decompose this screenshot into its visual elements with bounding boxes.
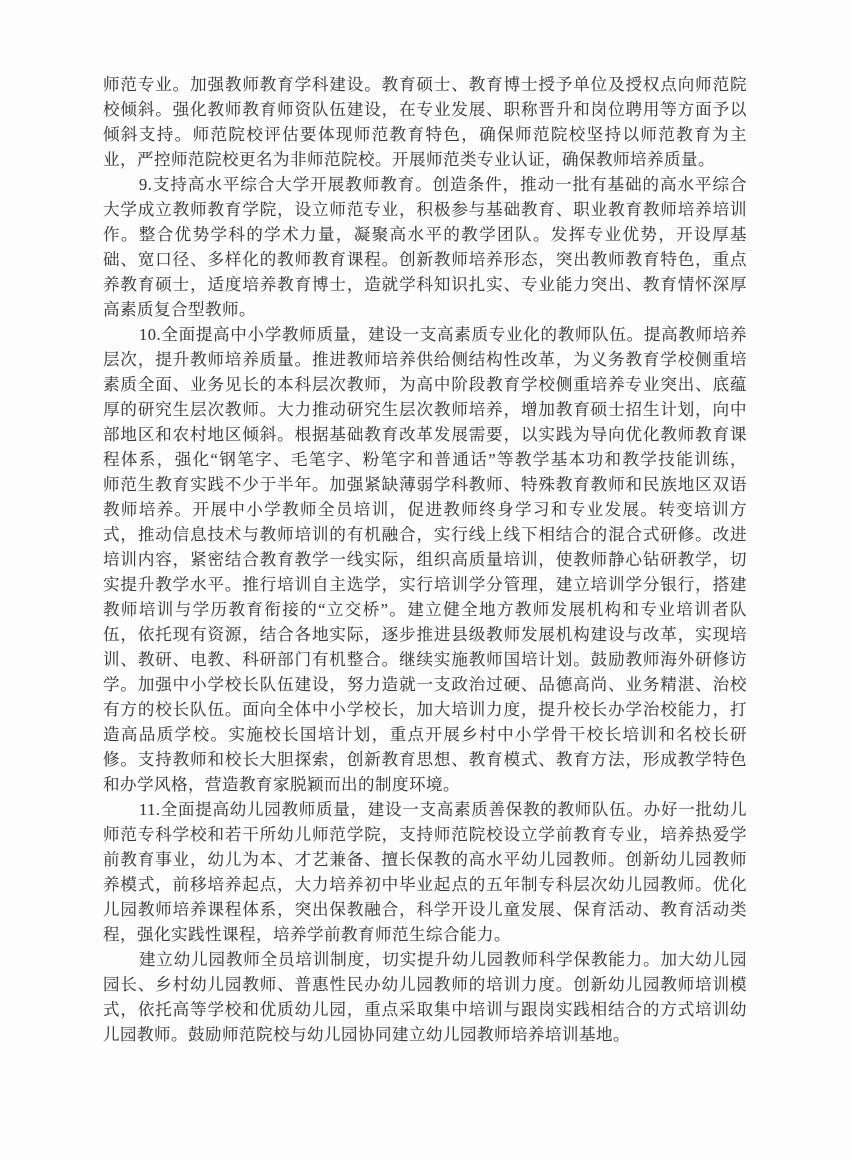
text-line: 实提升教学水平。推行培训自主选学，实行培训学分管理，建立培训学分银行，搭建 (103, 572, 747, 597)
text-line: 有方的校长队伍。面向全体中小学校长，加大培训力度，提升校长办学治校能力，打 (103, 697, 747, 722)
text-line: 园长、乡村幼儿园教师、普惠性民办幼儿园教师的培训力度。创新幼儿园教师培训模 (103, 972, 747, 997)
text-line: 师范专科学校和若干所幼儿师范学院，支持师范院校设立学前教育专业，培养热爱学 (103, 822, 747, 847)
text-line: 作。整合优势学科的学术力量，凝聚高水平的教学团队。发挥专业优势，开设厚基 (103, 222, 747, 247)
text-line: 倾斜支持。师范院校评估要体现师范教育特色，确保师范院校坚持以师范教育为主 (103, 122, 747, 147)
text-line: 教师培训与学历教育衔接的“立交桥”。建立健全地方教师发展机构和专业培训者队 (103, 597, 747, 622)
document-body: 师范专业。加强教师教育学科建设。教育硕士、教育博士授予单位及授权点向师范院校倾斜… (103, 72, 747, 1047)
text-line: 培训内容，紧密结合教育教学一线实际，组织高质量培训，使教师静心钻研教学，切 (103, 547, 747, 572)
text-line: 养模式，前移培养起点，大力培养初中毕业起点的五年制专科层次幼儿园教师。优化幼 (103, 872, 747, 897)
text-line: 前教育事业，幼儿为本、才艺兼备、擅长保教的高水平幼儿园教师。创新幼儿园教师培 (103, 847, 747, 872)
text-line: 程体系，强化“钢笔字、毛笔字、粉笔字和普通话”等教学基本功和教学技能训练， (103, 447, 747, 472)
text-line: 建立幼儿园教师全员培训制度，切实提升幼儿园教师科学保教能力。加大幼儿园 (103, 947, 747, 972)
text-line: 层次，提升教师培养质量。推进教师培养供给侧结构性改革，为义务教育学校侧重培养 (103, 347, 747, 372)
text-line: 高素质复合型教师。 (103, 297, 747, 322)
text-line: 教师培养。开展中小学教师全员培训，促进教师终身学习和专业发展。转变培训方 (103, 497, 747, 522)
text-line: 素质全面、业务见长的本科层次教师，为高中阶段教育学校侧重培养专业突出、底蕴深 (103, 372, 747, 397)
text-line: 伍，依托现有资源，结合各地实际，逐步推进县级教师发展机构建设与改革，实现培 (103, 622, 747, 647)
text-line: 学。加强中小学校长队伍建设，努力造就一支政治过硬、品德高尚、业务精湛、治校 (103, 672, 747, 697)
text-line: 师范专业。加强教师教育学科建设。教育硕士、教育博士授予单位及授权点向师范院 (103, 72, 747, 97)
text-line: 程，强化实践性课程，培养学前教育师范生综合能力。 (103, 922, 747, 947)
text-line: 养教育硕士，适度培养教育博士，造就学科知识扎实、专业能力突出、教育情怀深厚的 (103, 272, 747, 297)
text-line: 式，推动信息技术与教师培训的有机融合，实行线上线下相结合的混合式研修。改进 (103, 522, 747, 547)
text-line: 和办学风格，营造教育家脱颖而出的制度环境。 (103, 772, 747, 797)
text-line: 式，依托高等学校和优质幼儿园，重点采取集中培训与跟岗实践相结合的方式培训幼 (103, 997, 747, 1022)
text-line: 础、宽口径、多样化的教师教育课程。创新教师培养形态，突出教师教育特色，重点培 (103, 247, 747, 272)
text-line: 厚的研究生层次教师。大力推动研究生层次教师培养，增加教育硕士招生计划，向中西 (103, 397, 747, 422)
text-line: 修。支持教师和校长大胆探索，创新教育思想、教育模式、教育方法，形成教学特色 (103, 747, 747, 772)
text-line: 儿园教师培养课程体系，突出保教融合，科学开设儿童发展、保育活动、教育活动类课 (103, 897, 747, 922)
scanned-document-page: 师范专业。加强教师教育学科建设。教育硕士、教育博士授予单位及授权点向师范院校倾斜… (0, 0, 850, 1160)
text-line: 9.支持高水平综合大学开展教师教育。创造条件，推动一批有基础的高水平综合 (103, 172, 747, 197)
text-line: 儿园教师。鼓励师范院校与幼儿园协同建立幼儿园教师培养培训基地。 (103, 1022, 747, 1047)
text-line: 训、教研、电教、科研部门有机整合。继续实施教师国培计划。鼓励教师海外研修访 (103, 647, 747, 672)
text-line: 造高品质学校。实施校长国培计划，重点开展乡村中小学骨干校长培训和名校长研 (103, 722, 747, 747)
text-line: 校倾斜。强化教师教育师资队伍建设，在专业发展、职称晋升和岗位聘用等方面予以 (103, 97, 747, 122)
text-line: 大学成立教师教育学院，设立师范专业，积极参与基础教育、职业教育教师培养培训工 (103, 197, 747, 222)
text-line: 业，严控师范院校更名为非师范院校。开展师范类专业认证，确保教师培养质量。 (103, 147, 747, 172)
text-line: 师范生教育实践不少于半年。加强紧缺薄弱学科教师、特殊教育教师和民族地区双语 (103, 472, 747, 497)
text-line: 11.全面提高幼儿园教师质量，建设一支高素质善保教的教师队伍。办好一批幼儿 (103, 797, 747, 822)
text-line: 10.全面提高中小学教师质量，建设一支高素质专业化的教师队伍。提高教师培养 (103, 322, 747, 347)
text-line: 部地区和农村地区倾斜。根据基础教育改革发展需要，以实践为导向优化教师教育课 (103, 422, 747, 447)
